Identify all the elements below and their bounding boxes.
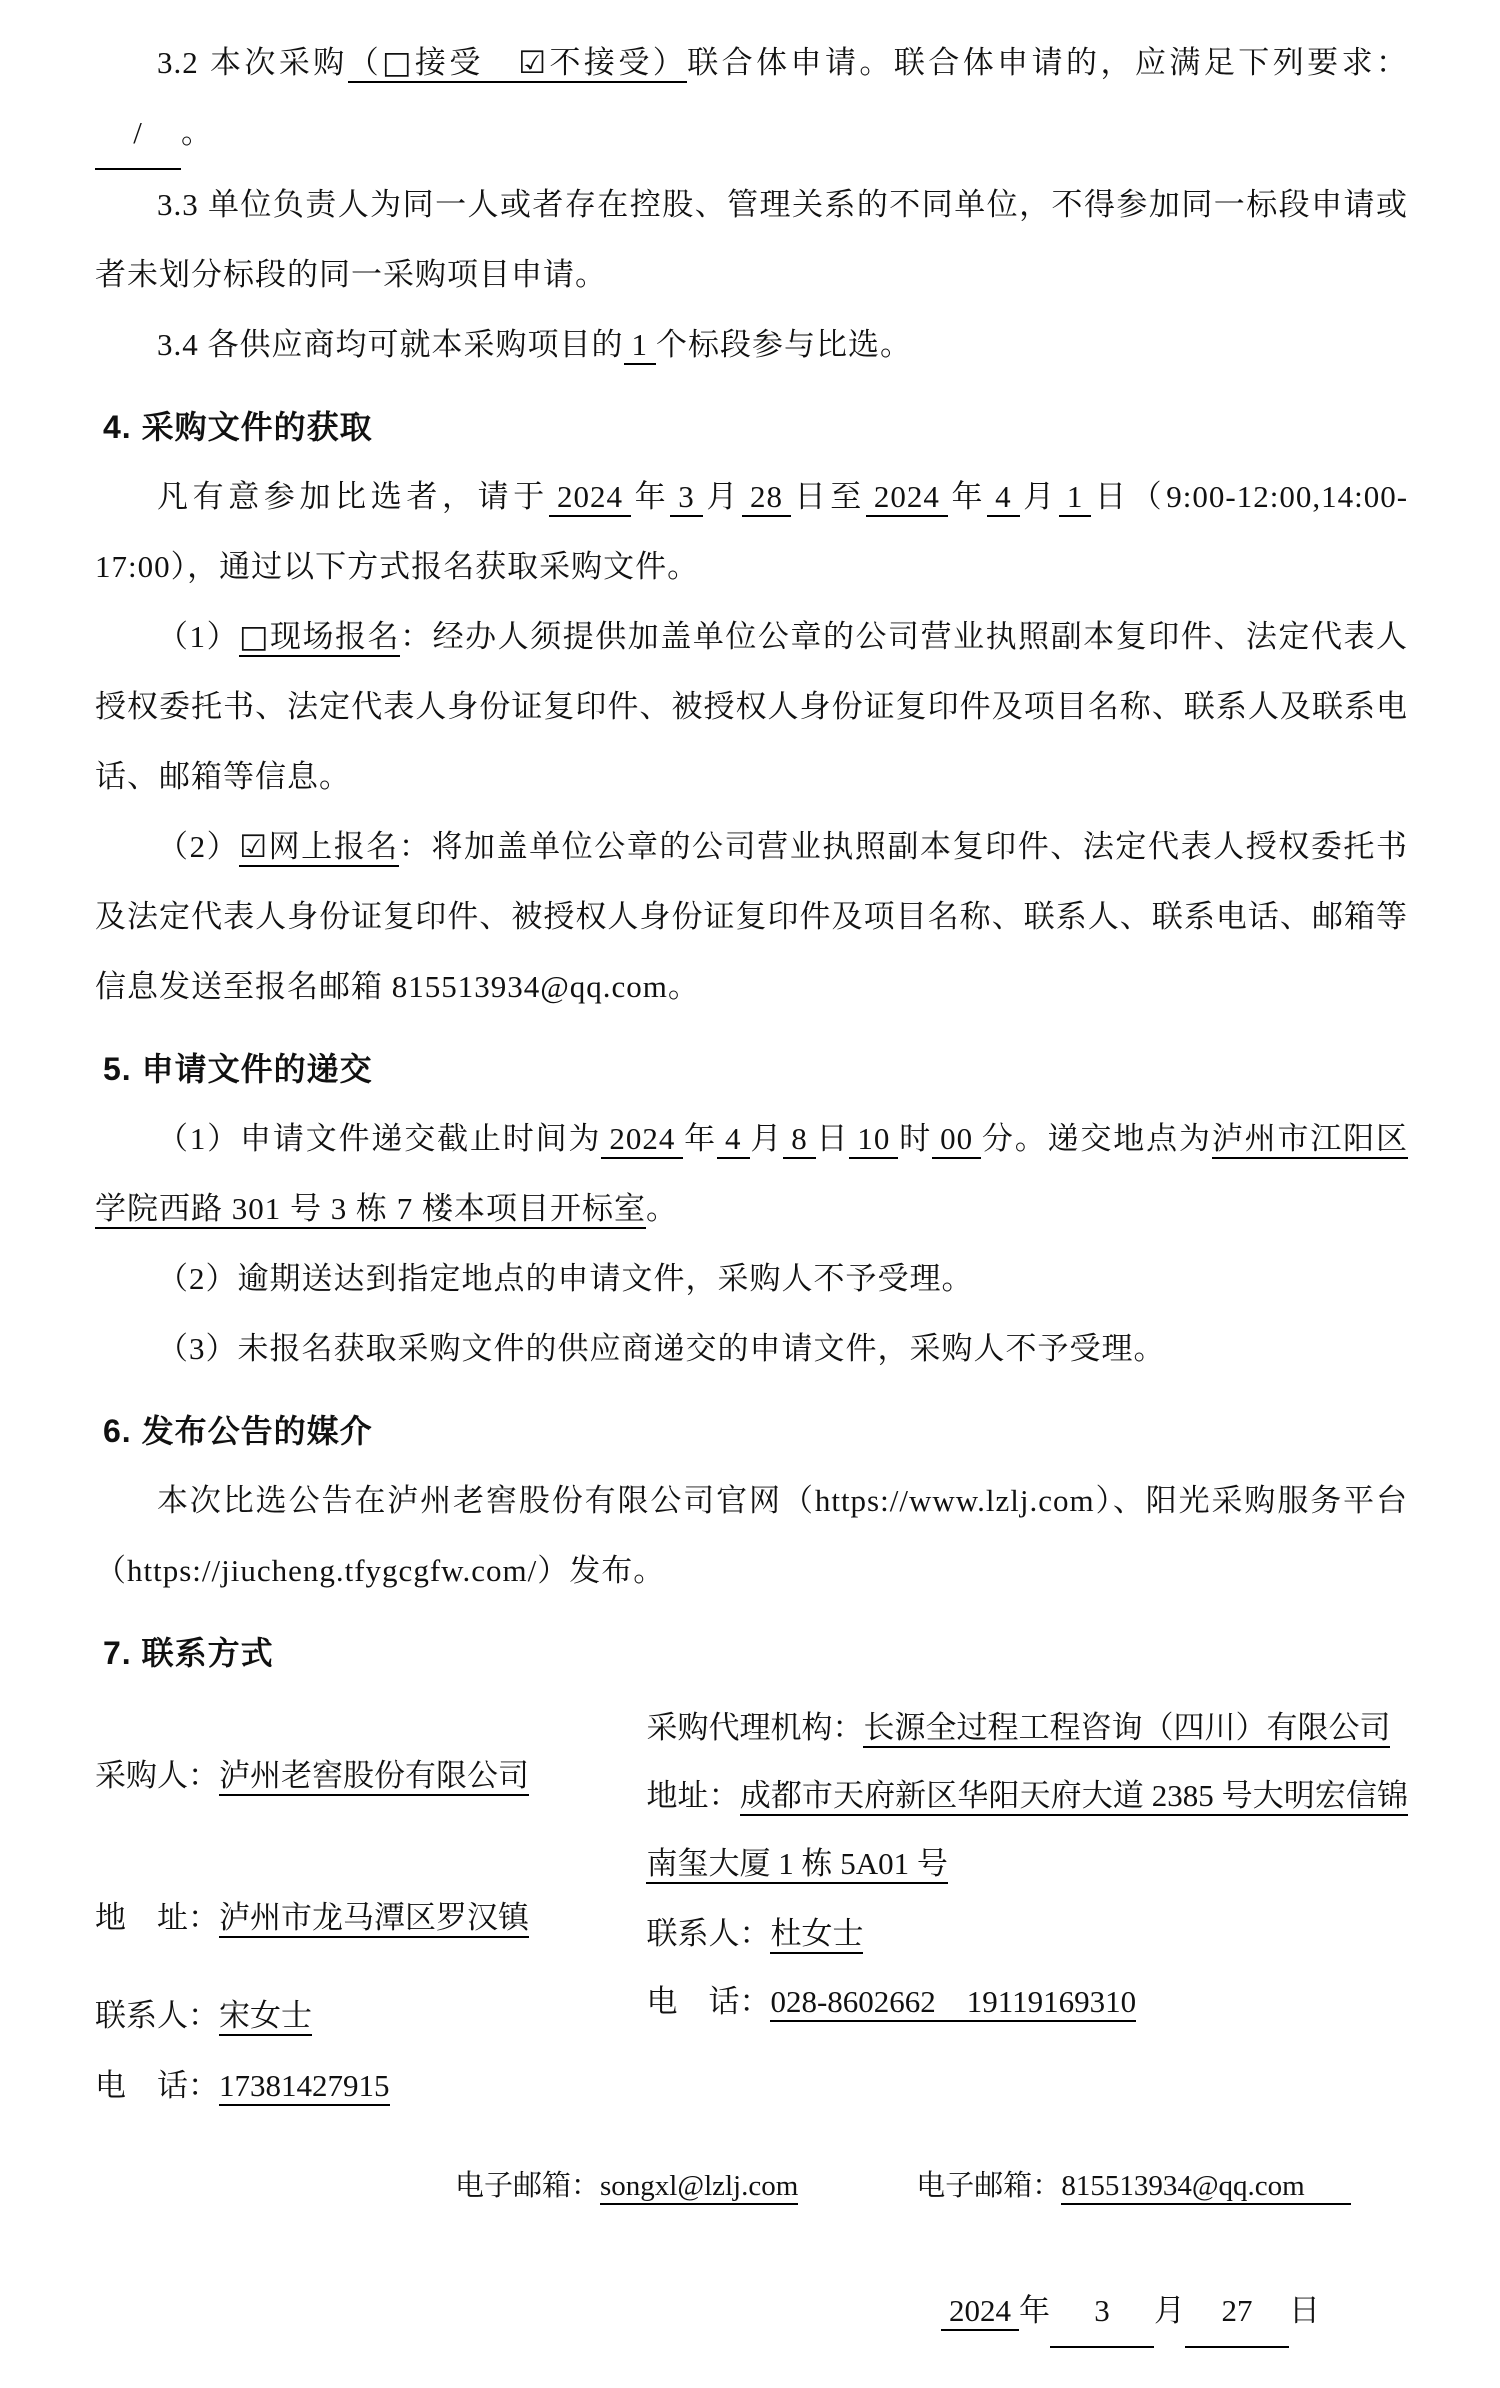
contact-block: 采购人：泸州老窖股份有限公司 地 址：泸州市龙马潭区罗汉镇 联系人：宋女士 电 …: [95, 1694, 1408, 2120]
text-segment: 日: [816, 1121, 850, 1156]
paragraph-5-unregistered: （3）未报名获取采购文件的供应商递交的申请文件，采购人不予受理。: [95, 1314, 1408, 1384]
agency-phone-row: 电 话：028-8602662 19119169310: [646, 1968, 1408, 2036]
start-day-value: 28: [742, 479, 791, 517]
agency-phone-label: 电 话：: [646, 1984, 770, 2019]
text-segment: 日至: [791, 479, 866, 514]
date-day-label: 日: [1289, 2293, 1320, 2328]
text-segment: （: [348, 45, 382, 80]
checkbox-unchecked-icon: □: [239, 619, 270, 655]
buyer-phone-value: 17381427915: [219, 2068, 390, 2106]
signature-date: 2024年3月27日: [95, 2276, 1408, 2348]
agency-person-label: 联系人：: [646, 1916, 770, 1951]
agency-phone-value: 028-8602662 19119169310: [770, 1984, 1136, 2022]
online-registration-option: ☑网上报名: [239, 829, 399, 867]
paragraph-online-registration: （2）☑网上报名：将加盖单位公章的公司营业执照副本复印件、法定代表人授权委托书及…: [95, 812, 1408, 1022]
section-heading-7: 7. 联系方式: [103, 1618, 1408, 1688]
paragraph-3-3: 3.3 单位负责人为同一人或者存在控股、管理关系的不同单位，不得参加同一标段申请…: [95, 170, 1408, 310]
section-heading-5: 5. 申请文件的递交: [103, 1034, 1408, 1104]
agency-address-label: 地址：: [646, 1778, 739, 1813]
end-month-value: 4: [987, 479, 1020, 517]
text-segment: 时: [898, 1121, 932, 1156]
buyer-phone-label: 电 话：: [95, 2068, 219, 2103]
checkbox-checked-icon: ☑: [518, 45, 547, 81]
joint-bid-options: （□接受 ☑不接受）: [348, 45, 688, 83]
paragraph-3-4: 3.4 各供应商均可就本采购项目的1个标段参与比选。: [95, 310, 1408, 380]
buyer-email-item: 电子邮箱：songxl@lzlj.com: [455, 2154, 798, 2218]
blank-slash: /: [95, 98, 181, 170]
text-segment: 凡有意参加比选者，请于: [157, 479, 549, 514]
agency-email-value: 815513934@qq.com: [1061, 2170, 1350, 2205]
text-segment: 不接受）: [547, 45, 687, 80]
text-segment: 3.4 各供应商均可就本采购项目的: [157, 327, 624, 362]
text-segment: （1）申请文件递交截止时间为: [157, 1121, 601, 1156]
document-page: 3.2 本次采购（□接受 ☑不接受）联合体申请。联合体申请的，应满足下列要求：/…: [0, 0, 1500, 2388]
checkbox-unchecked-icon: □: [382, 45, 415, 81]
text-segment: 年: [631, 479, 670, 514]
text-segment: 年: [683, 1121, 717, 1156]
agency-contact-column: 采购代理机构：长源全过程工程咨询（四川）有限公司 地址：成都市天府新区华阳天府大…: [646, 1694, 1408, 2120]
section-heading-4: 4. 采购文件的获取: [103, 392, 1408, 462]
agency-person-row: 联系人：杜女士: [646, 1900, 1408, 1968]
paragraph-6-media: 本次比选公告在泸州老窖股份有限公司官网（https://www.lzlj.com…: [95, 1466, 1408, 1606]
text-segment: 年: [948, 479, 987, 514]
buyer-label: 采购人：: [95, 1758, 219, 1793]
end-day-value: 1: [1059, 479, 1092, 517]
date-year-label: 年: [1019, 2293, 1050, 2328]
text-segment: 分。递交地点为: [981, 1121, 1212, 1156]
end-year-value: 2024: [866, 479, 948, 517]
checkbox-checked-icon: ☑: [239, 829, 268, 865]
agency-person-value: 杜女士: [770, 1916, 863, 1954]
buyer-person-label: 联系人：: [95, 1998, 219, 2033]
paragraph-3-2: 3.2 本次采购（□接受 ☑不接受）联合体申请。联合体申请的，应满足下列要求：/…: [95, 28, 1408, 170]
buyer-address-label: 地 址：: [95, 1900, 219, 1935]
paragraph-5-late: （2）逾期送达到指定地点的申请文件，采购人不予受理。: [95, 1244, 1408, 1314]
section-heading-6: 6. 发布公告的媒介: [103, 1396, 1408, 1466]
text-segment: 现场报名: [270, 619, 400, 654]
text-segment: 接受: [415, 45, 518, 80]
lot-count-value: 1: [624, 327, 657, 365]
text-segment: 个标段参与比选。: [656, 327, 912, 362]
agency-email-item: 电子邮箱：815513934@qq.com: [916, 2154, 1350, 2218]
text-segment: （1）: [157, 619, 239, 654]
deadline-minute-value: 00: [932, 1121, 981, 1159]
buyer-address-value: 泸州市龙马潭区罗汉镇: [219, 1900, 529, 1938]
date-month-value: 3: [1050, 2276, 1154, 2348]
start-year-value: 2024: [549, 479, 631, 517]
buyer-contact-column: 采购人：泸州老窖股份有限公司 地 址：泸州市龙马潭区罗汉镇 联系人：宋女士 电 …: [95, 1694, 646, 2120]
onsite-registration-option: □现场报名: [239, 619, 400, 657]
agency-label: 采购代理机构：: [646, 1710, 863, 1745]
paragraph-5-deadline: （1）申请文件递交截止时间为2024年4月8日10时00分。递交地点为泸州市江阳…: [95, 1104, 1408, 1244]
agency-email-label: 电子邮箱：: [916, 2170, 1061, 2202]
deadline-day-value: 8: [783, 1121, 816, 1159]
text-segment: （2）: [157, 829, 239, 864]
agency-address-row: 地址：成都市天府新区华阳天府大道 2385 号大明宏信锦南玺大厦 1 栋 5A0…: [646, 1762, 1408, 1898]
text-segment: 。: [646, 1191, 678, 1226]
agency-row: 采购代理机构：长源全过程工程咨询（四川）有限公司: [646, 1694, 1408, 1762]
email-row: 电子邮箱：songxl@lzlj.com 电子邮箱：815513934@qq.c…: [95, 2154, 1408, 2218]
text-segment: 网上报名: [268, 829, 399, 864]
start-month-value: 3: [670, 479, 703, 517]
deadline-hour-value: 10: [849, 1121, 898, 1159]
paragraph-onsite-registration: （1）□现场报名：经办人须提供加盖单位公章的公司营业执照副本复印件、法定代表人授…: [95, 602, 1408, 812]
text-segment: 月: [1020, 479, 1059, 514]
buyer-phone-row: 电 话：17381427915: [95, 2052, 646, 2120]
deadline-year-value: 2024: [601, 1121, 683, 1159]
buyer-person-row: 联系人：宋女士: [95, 1982, 646, 2050]
buyer-address-row: 地 址：泸州市龙马潭区罗汉镇: [95, 1884, 646, 1952]
buyer-row: 采购人：泸州老窖股份有限公司: [95, 1742, 646, 1810]
text-segment: 。: [181, 115, 213, 150]
date-day-value: 27: [1185, 2276, 1289, 2348]
buyer-email-label: 电子邮箱：: [455, 2170, 600, 2202]
paragraph-4-intro: 凡有意参加比选者，请于2024年3月28日至2024年4月1日（9:00-12:…: [95, 462, 1408, 602]
date-month-label: 月: [1154, 2293, 1185, 2328]
date-year-value: 2024: [941, 2293, 1019, 2331]
buyer-name-value: 泸州老窖股份有限公司: [219, 1758, 529, 1796]
agency-name-value: 长源全过程工程咨询（四川）有限公司: [863, 1710, 1390, 1748]
text-segment: 3.2 本次采购: [157, 45, 348, 80]
text-segment: 月: [703, 479, 742, 514]
agency-address-value: 成都市天府新区华阳天府大道 2385 号大明宏信锦南玺大厦 1 栋 5A01 号: [646, 1778, 1408, 1884]
buyer-email-value: songxl@lzlj.com: [600, 2170, 798, 2205]
text-segment: 联合体申请。联合体申请的，应满足下列要求：: [687, 45, 1408, 80]
text-segment: 月: [750, 1121, 784, 1156]
buyer-person-value: 宋女士: [219, 1998, 312, 2036]
deadline-month-value: 4: [717, 1121, 750, 1159]
